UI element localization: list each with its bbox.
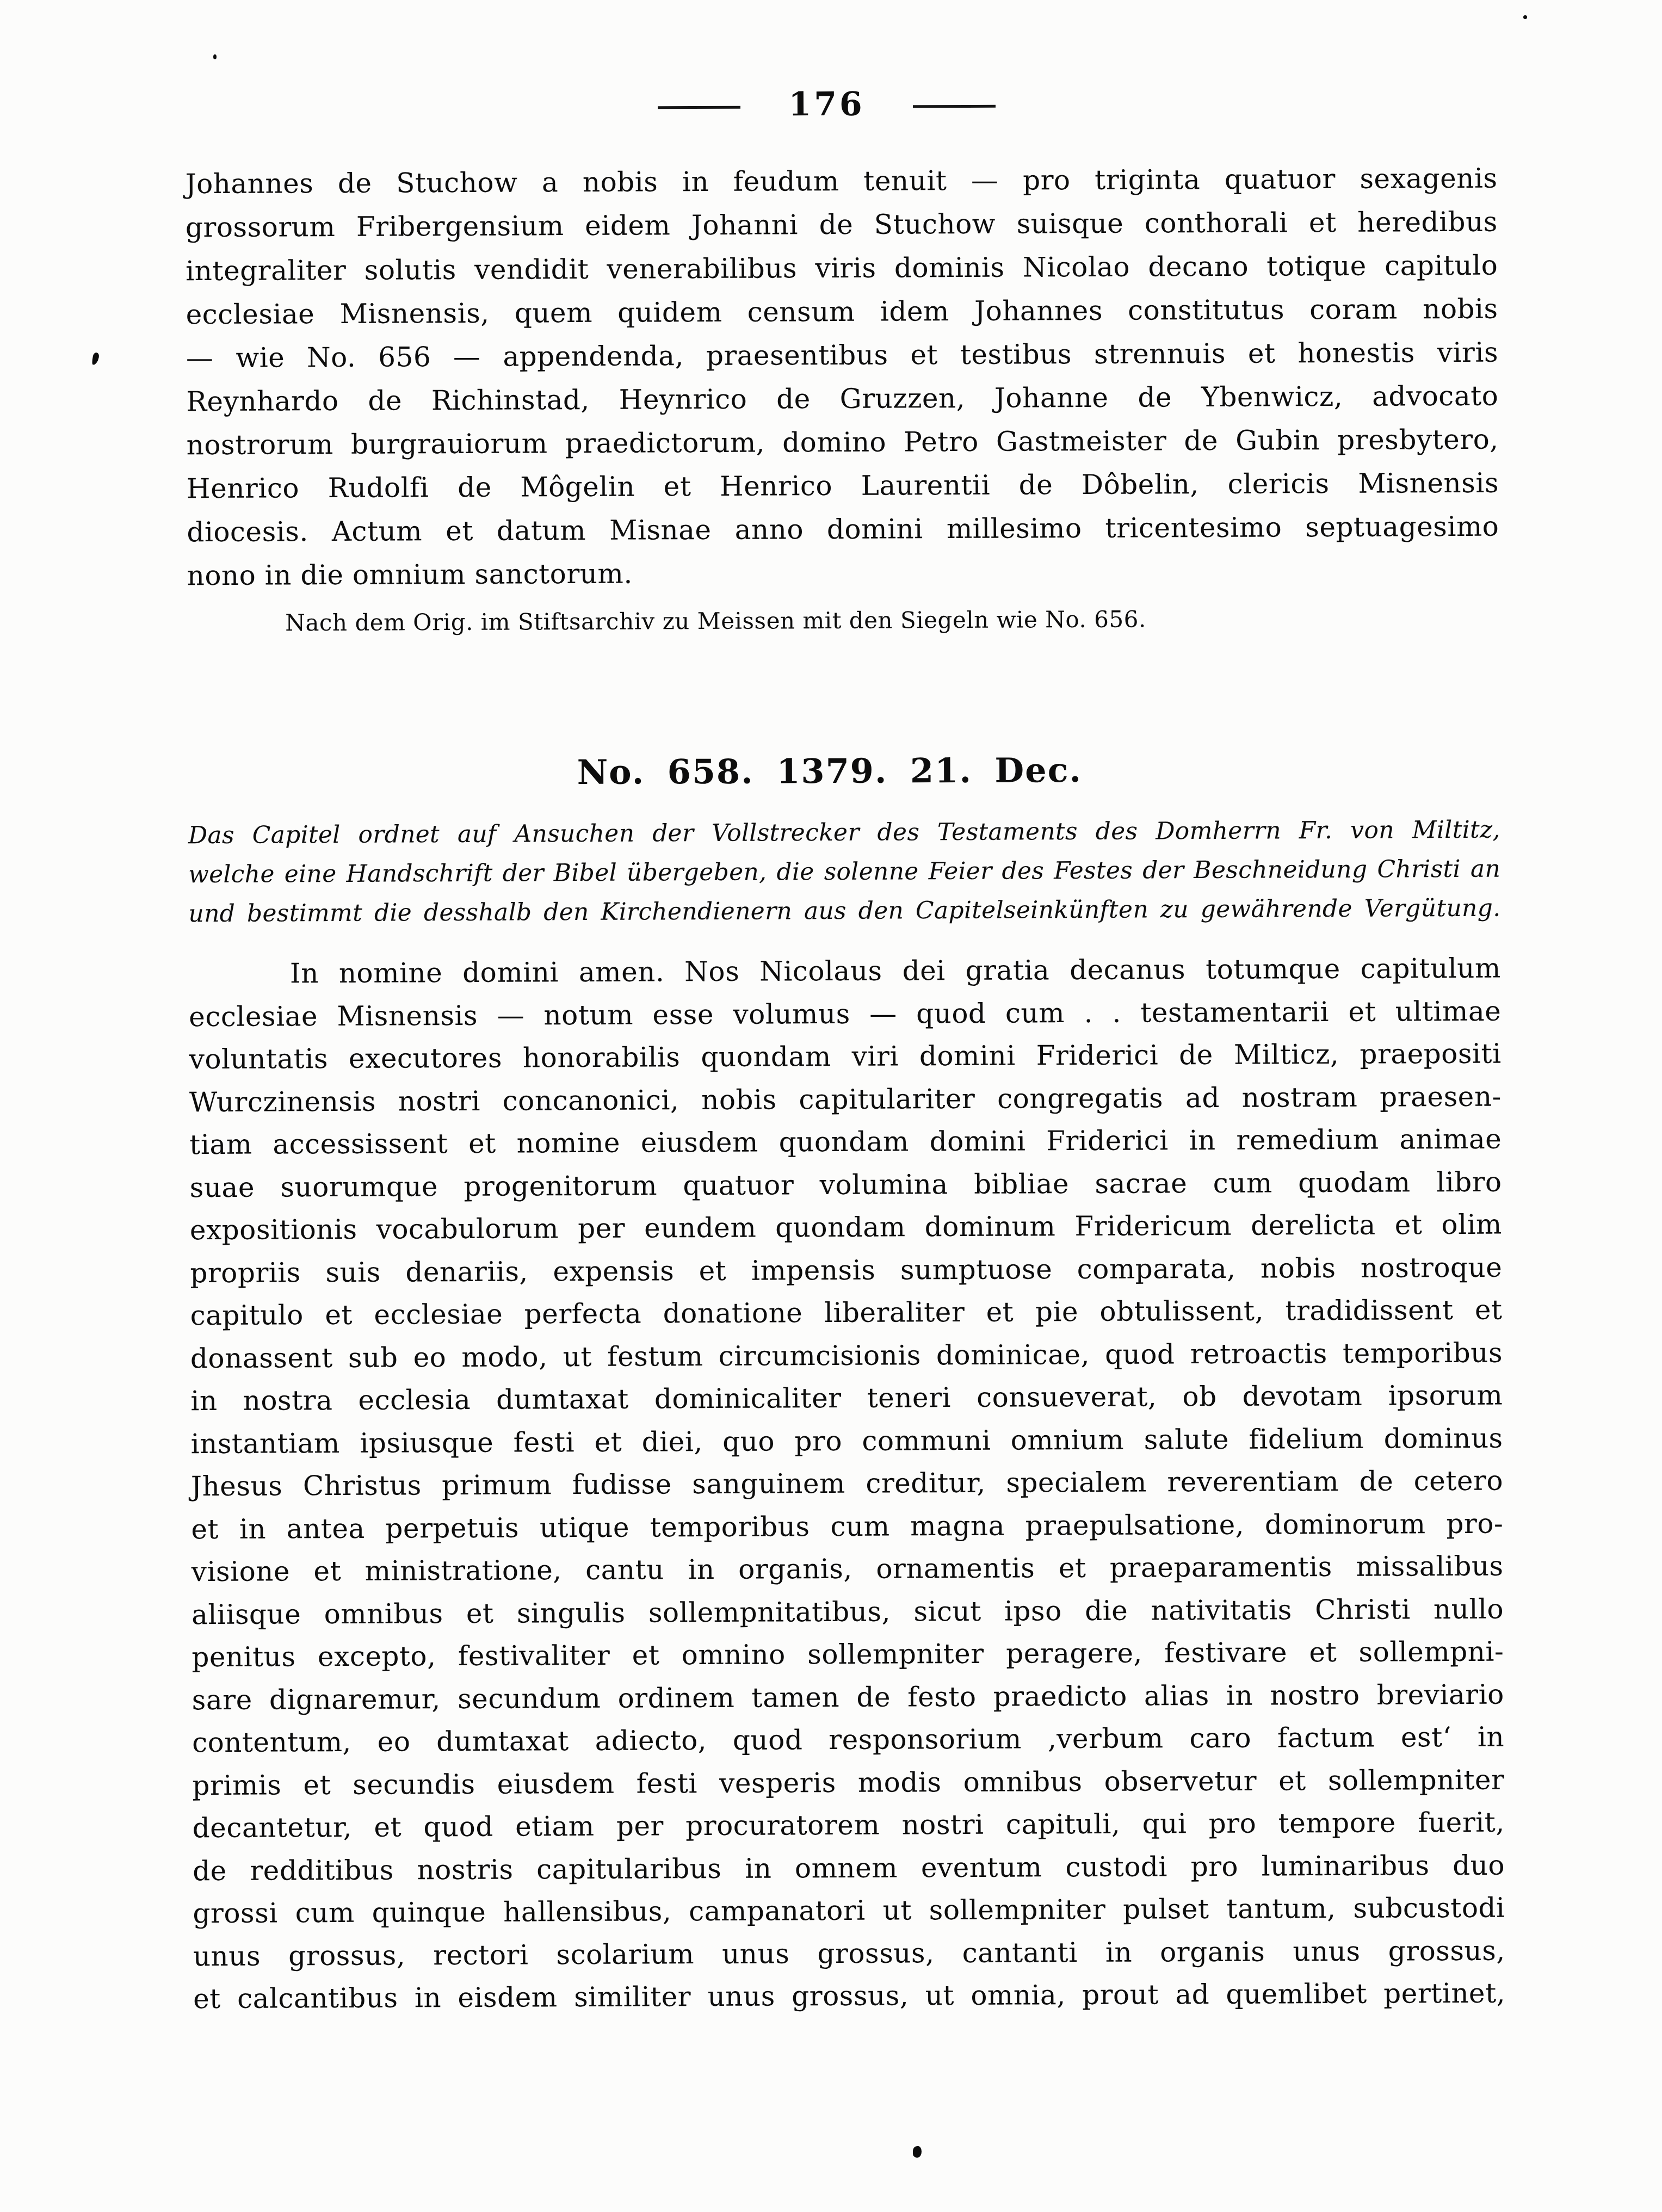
text-line: unus grossus, rectori scolarium unus gro… (193, 1929, 1505, 1978)
page-content: 176 Johannes de Stuchow a nobis in feudu… (0, 0, 1662, 2212)
text-line: grossorum Fribergensium eidem Johanni de… (186, 200, 1498, 250)
text-line: et calcantibus in eisdem similiter unus … (193, 1972, 1505, 2021)
text-line: penitus excepto, festivaliter et omnino … (191, 1630, 1504, 1679)
text-line: capitulo et ecclesiae perfecta donatione… (190, 1289, 1502, 1337)
page-number: 176 (788, 87, 865, 122)
text-line: nono in die omnium sanctorum. (187, 548, 1499, 598)
text-line: grossi cum quinque hallensibus, campanat… (193, 1887, 1505, 1935)
text-line: visione et ministratione, cantu in organ… (191, 1545, 1504, 1593)
text-line: contentum, eo dumtaxat adiecto, quod res… (192, 1716, 1504, 1764)
ink-speck-top-left (213, 54, 217, 59)
text-line: — wie No. 656 — appendenda, praesentibus… (186, 331, 1498, 380)
text-line: und bestimmt die desshalb den Kirchendie… (188, 889, 1500, 934)
text-line: decantetur, et quod etiam per procurator… (193, 1801, 1505, 1850)
text-line: Reynhardo de Richinstad, Heynrico de Gru… (186, 374, 1498, 424)
text-line: sare dignaremur, secundum ordinem tamen … (192, 1673, 1504, 1721)
header-rule-right (913, 104, 996, 108)
text-line: Das Capitel ordnet auf Ansuchen der Voll… (188, 811, 1500, 856)
text-line: primis et secundis eiusdem festi vesperi… (192, 1758, 1504, 1807)
text-line: welche eine Handschrift der Bibel überge… (188, 850, 1500, 895)
text-line: In nomine domini amen. Nos Nicolaus dei … (189, 947, 1501, 996)
document-658-regest: Das Capitel ordnet auf Ansuchen der Voll… (188, 811, 1501, 934)
text-line: integraliter solutis vendidit venerabili… (186, 244, 1498, 293)
text-line: voluntatis executores honorabilis quonda… (189, 1033, 1501, 1081)
header-rule-left (658, 106, 740, 109)
text-line: ecclesiae Misnensis — notum esse volumus… (189, 990, 1501, 1038)
source-note: Nach dem Orig. im Stiftsarchiv zu Meisse… (285, 605, 1146, 636)
ink-blot-bottom (913, 2146, 922, 2158)
text-line: suae suorumque progenitorum quatuor volu… (189, 1160, 1502, 1209)
text-line: Henrico Rudolfi de Môgelin et Henrico La… (187, 461, 1499, 511)
page-header: 176 (0, 83, 1658, 125)
text-line: Wurczinensis nostri concanonici, nobis c… (189, 1075, 1502, 1123)
text-line: in nostra ecclesia dumtaxat dominicalite… (190, 1374, 1503, 1423)
text-line: instantiam ipsiusque festi et diei, quo … (191, 1417, 1503, 1465)
text-line: Johannes de Stuchow a nobis in feudum te… (185, 157, 1497, 206)
text-line: propriis suis denariis, expensis et impe… (190, 1246, 1502, 1294)
document-657-paragraph: Johannes de Stuchow a nobis in feudum te… (185, 157, 1499, 598)
text-line: expositionis vocabulorum per eundem quon… (190, 1203, 1502, 1252)
text-line: donassent sub eo modo, ut festum circumc… (190, 1331, 1503, 1380)
text-line: diocesis. Actum et datum Misnae anno dom… (187, 505, 1499, 554)
text-line: ecclesiae Misnensis, quem quidem censum … (186, 287, 1498, 337)
text-line: et in antea perpetuis utique temporibus … (191, 1502, 1503, 1550)
document-658-body: In nomine domini amen. Nos Nicolaus dei … (189, 947, 1506, 2021)
text-line: de redditibus nostris capitularibus in o… (193, 1844, 1505, 1892)
text-line: nostrorum burgrauiorum praedictorum, dom… (187, 418, 1499, 467)
text-line: tiam accessissent et nomine eiusdem quon… (189, 1118, 1502, 1166)
text-line: aliisque omnibus et singulis sollempnita… (191, 1587, 1504, 1636)
scanned-page: { "page": { "number": "176" }, "doc_657"… (0, 0, 1662, 2212)
document-658-heading: No. 658. 1379. 21. Dec. (0, 749, 1660, 794)
ink-speck-top-right (1523, 15, 1527, 19)
text-line: Jhesus Christus primum fudisse sanguinem… (191, 1460, 1503, 1508)
